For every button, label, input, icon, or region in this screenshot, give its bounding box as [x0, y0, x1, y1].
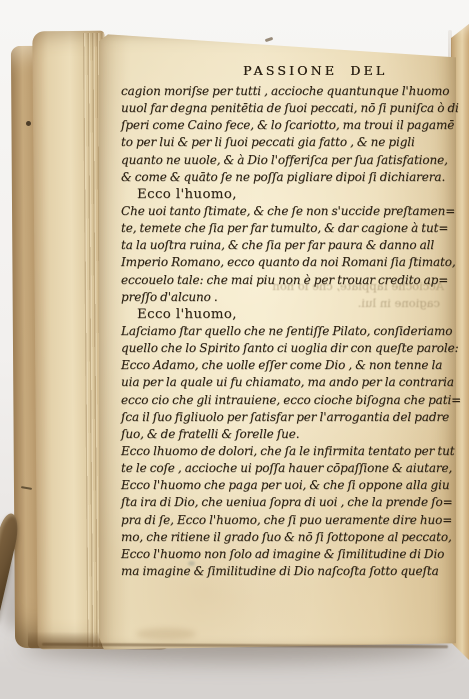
text-block: cagion moriſse per tutti , accioche quan… — [121, 83, 455, 580]
text-line: quello che lo Spirito ſanto ci uoglia di… — [121, 340, 455, 357]
text-line: uia per la quale ui fu chiamato, ma ando… — [121, 374, 455, 391]
text-line: Ecco l'huomo non ſolo ad imagine & ſimil… — [121, 546, 455, 563]
text-line: te, temete che ſia per far tumulto, & da… — [121, 220, 455, 237]
text-line: eccouelo tale: che mai piu non è per tro… — [121, 272, 455, 289]
heading-line: Ecco l'huomo, — [121, 186, 455, 203]
text-line: cagion moriſse per tutti , accioche quan… — [121, 83, 455, 100]
text-line: Ecco lhuomo de dolori, che ſa le infirmi… — [121, 443, 455, 460]
foxing-spot — [26, 121, 31, 126]
text-line: mo, che ritiene il grado ſuo & nō ſi ſot… — [121, 529, 455, 546]
text-line: & come & quāto ſe ne poſſa pigliare dipo… — [121, 169, 455, 186]
text-line: ta la uoſtra ruina, & che ſia per far pa… — [121, 237, 455, 254]
foxing-spot — [188, 561, 195, 566]
text-line: Ecco l'huomo che paga per uoi, & che ſi … — [121, 477, 455, 494]
photo-background: { "book_page": { "running_header": "PASS… — [0, 0, 469, 699]
text-line: ſuo, & de fratelli & ſorelle ſue. — [121, 426, 455, 443]
text-line: te le coſe , accioche ui poſſa hauer cōp… — [121, 460, 455, 477]
text-line: ſta ira di Dio, che ueniua ſopra di uoi … — [121, 494, 455, 511]
paper-stain — [136, 628, 196, 640]
text-line: pra di ſe, Ecco l'huomo, che ſi puo uera… — [121, 512, 455, 529]
text-line: ma imagine & ſimilitudine di Dio naſcoſt… — [121, 563, 455, 580]
text-line: uuol far degna penitētia de ſuoi peccati… — [121, 100, 455, 117]
heading-line: Ecco l'huomo, — [121, 306, 455, 323]
foxing-spot — [409, 92, 412, 95]
text-line: Che uoi tanto ſtimate, & che ſe non s'uc… — [121, 203, 455, 220]
text-line: ecco cio che gli intrauiene, ecco cioche… — [121, 392, 455, 409]
text-line: ſperi come Caino fece, & lo ſcariotto, m… — [121, 117, 455, 134]
text-line: quanto ne uuole, & à Dio l'offeriſca per… — [121, 152, 455, 169]
text-line: preſſo d'alcuno . — [121, 289, 455, 306]
foxing-spot — [265, 37, 274, 42]
text-line: to per lui & per li ſuoi peccati gia fat… — [121, 134, 455, 151]
running-header: PASSIONE DEL — [243, 63, 387, 78]
text-line: Laſciamo ſtar quello che ne ſentiſſe Pil… — [121, 323, 455, 340]
text-line: Ecco Adamo, che uolle eſſer come Dio , &… — [121, 357, 455, 374]
book-photo: Accioche ſappiate, che io non cagione in… — [0, 0, 469, 699]
text-line: ſca il ſuo figliuolo per ſatisfar per l'… — [121, 409, 455, 426]
text-line: Imperio Romano, ecco quanto da noi Roman… — [121, 254, 455, 271]
